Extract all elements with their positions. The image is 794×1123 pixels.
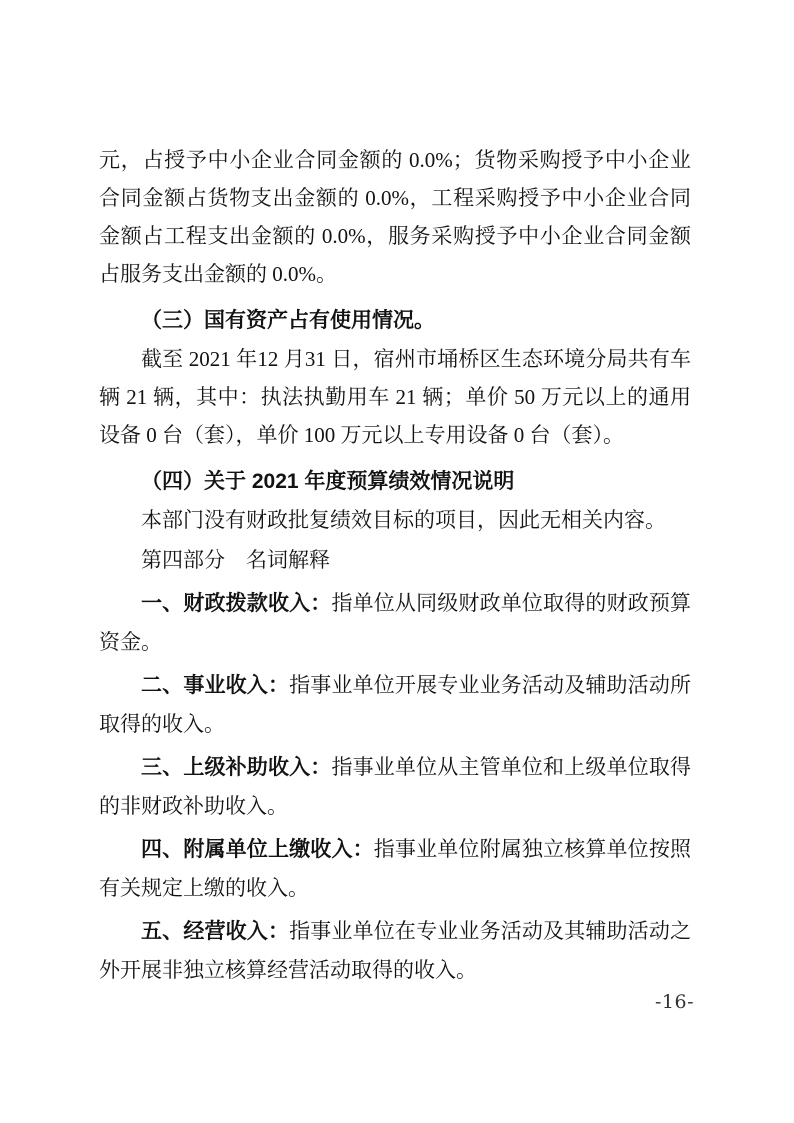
definition-item-3: 三、上级补助收入：指事业单位从主管单位和上级单位取得的非财政补助收入。 xyxy=(99,748,691,825)
definition-term: 五、经营收入： xyxy=(141,920,289,943)
heading-section-three: （三）国有资产占有使用情况。 xyxy=(99,302,691,340)
definition-item-5: 五、经营收入：指事业单位在专业业务活动及其辅助活动之外开展非独立核算经营活动取得… xyxy=(99,912,691,989)
definition-term: 一、财政拨款收入： xyxy=(141,592,331,615)
definition-term: 三、上级补助收入： xyxy=(141,756,331,779)
definition-item-2: 二、事业收入：指事业单位开展专业业务活动及辅助活动所取得的收入。 xyxy=(99,666,691,743)
part-four-title: 第四部分 名词解释 xyxy=(99,541,691,579)
paragraph-performance-note: 本部门没有财政批复绩效目标的项目，因此无相关内容。 xyxy=(99,501,691,539)
definition-item-1: 一、财政拨款收入：指单位从同级财政单位取得的财政预算资金。 xyxy=(99,584,691,661)
definition-term: 二、事业收入： xyxy=(141,674,289,697)
paragraph-procurement-continuation: 元，占授予中小企业合同金额的 0.0%；货物采购授予中小企业合同金额占货物支出金… xyxy=(99,141,691,293)
heading-section-four: （四）关于 2021 年度预算绩效情况说明 xyxy=(99,463,691,501)
page-content: 元，占授予中小企业合同金额的 0.0%；货物采购授予中小企业合同金额占货物支出金… xyxy=(99,141,691,989)
paragraph-state-assets: 截至 2021 年12 月31 日，宿州市埇桥区生态环境分局共有车辆 21 辆，… xyxy=(99,340,691,454)
definition-item-4: 四、附属单位上缴收入：指事业单位附属独立核算单位按照有关规定上缴的收入。 xyxy=(99,830,691,907)
definition-term: 四、附属单位上缴收入： xyxy=(141,838,374,861)
document-page: 元，占授予中小企业合同金额的 0.0%；货物采购授予中小企业合同金额占货物支出金… xyxy=(0,0,794,1123)
page-number: -16- xyxy=(655,991,694,1013)
